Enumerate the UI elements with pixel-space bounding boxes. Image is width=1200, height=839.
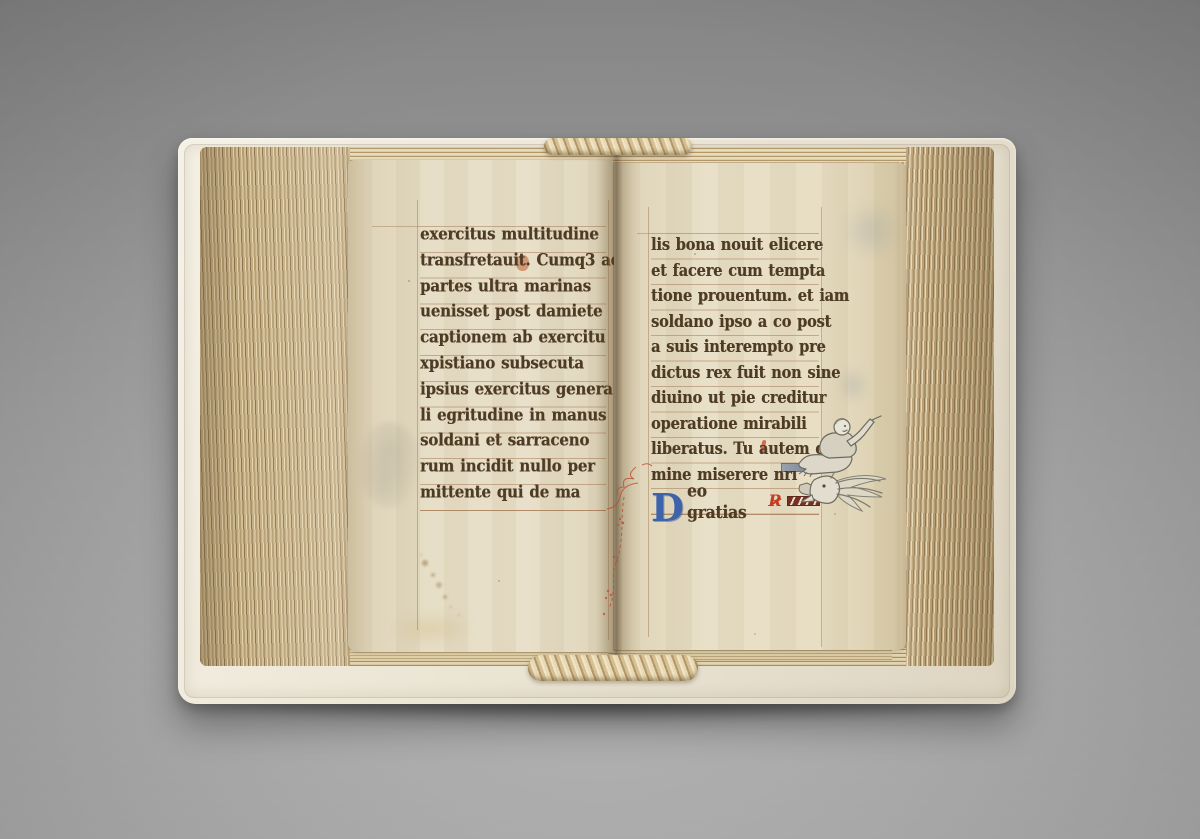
foxing-specks [408,280,410,282]
deo-gratias-text: eo gratias [687,479,760,522]
manuscript-line: diuino ut pie creditur [651,384,819,413]
manuscript-book: exercitus multitudine transfretauit. Cum… [178,138,1016,704]
blue-offset-smudge [836,366,870,404]
page-edges-left-stack [200,147,358,666]
right-page: lis bona nouit elicere et facere cum tem… [614,163,906,650]
left-text-column: exercitus multitudine transfretauit. Cum… [420,226,606,511]
manuscript-line: lis bona nouit elicere [651,231,819,260]
manuscript-line: tione prouentum. et iam [651,282,819,311]
endband-tail [528,655,698,681]
manuscript-line: soldano ipso a co post [651,307,819,336]
manuscript-line: rum incidit nullo per [420,456,606,485]
endband-head [544,138,692,155]
manuscript-line: mittente qui de ma [420,482,606,511]
manuscript-line: uenisset post damiete [420,301,606,330]
manuscript-line: transfretauit. Cumq3 ad [420,250,606,279]
hooded-monk-pointing-icon [793,413,889,477]
faint-margin-sketch [358,422,420,508]
brown-stain-streak [422,560,428,566]
page-edges-right-stack [898,147,994,666]
blue-offset-smudge [840,201,902,259]
winged-grotesque-head-icon [798,471,890,517]
text-block: exercitus multitudine transfretauit. Cum… [200,147,994,666]
ruling-line [637,233,651,234]
ruling-line [372,226,420,227]
manuscript-line: dictus rex fuit non sine [651,358,819,387]
manuscript-line: soldani et sarraceno [420,430,606,459]
left-page: exercitus multitudine transfretauit. Cum… [348,160,613,652]
manuscript-line: a suis interempto pre [651,333,819,362]
manuscript-line: ipsius exercitus genera [420,379,606,408]
rubric-response-mark: R [768,491,781,510]
deo-gratias-line: D eo gratias R [651,488,819,514]
manuscript-line: xpistiano subsecuta [420,353,606,382]
manuscript-line: captionem ab exercitu [420,327,606,356]
yellow-stain [388,612,476,646]
manuscript-line: et facere cum tempta [651,256,819,285]
manuscript-line: exercitus multitudine [420,224,606,253]
red-penwork-flourish-icon [590,461,660,626]
